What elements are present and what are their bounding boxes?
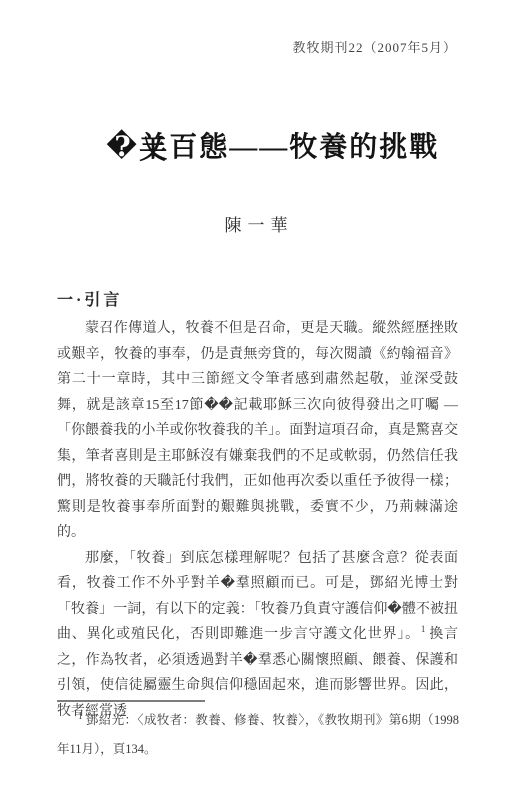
garbled-glyph: 羊乂 [139,125,169,165]
document-page: 教牧期刊22（2007年5月） �羊乂百態——牧養的挑戰 陳一華 一·引言 蒙召… [0,0,512,797]
footnote-marker: 1 [77,711,86,721]
article-title-text: 百態——牧養的挑戰 [169,132,439,163]
paragraph-2: 那麼，「牧養」到底怎樣理解呢？包括了甚麼含意？從表面看，牧養工作不外乎對羊�羣照… [57,546,458,725]
section-heading: 一·引言 [57,287,122,310]
paragraph-2-text: 那麼，「牧養」到底怎樣理解呢？包括了甚麼含意？從表面看，牧養工作不外乎對羊�羣照… [57,551,458,643]
footnote-text: 鄧紹光：〈成牧者：教養、修養、牧養〉，《教牧期刊》第6期（1998年11月），頁… [57,713,459,756]
footnote: 1鄧紹光：〈成牧者：教養、修養、牧養〉，《教牧期刊》第6期（1998年11月），… [57,706,459,764]
replacement-char-icon: � [106,132,139,163]
journal-header: 教牧期刊22（2007年5月） [292,37,457,56]
footnote-separator [57,700,205,702]
article-title: �羊乂百態——牧養的挑戰 [106,125,439,165]
paragraph-1: 蒙召作傳道人，牧養不但是召命，更是天職。縱然經歷挫敗或艱辛，牧養的事奉，仍是責無… [57,316,458,546]
author-name: 陳一華 [0,211,512,236]
garbled-glyph-overlay: 乂 [139,127,169,167]
article-body: 蒙召作傳道人，牧養不但是召命，更是天職。縱然經歷挫敗或艱辛，牧養的事奉，仍是責無… [57,316,458,724]
